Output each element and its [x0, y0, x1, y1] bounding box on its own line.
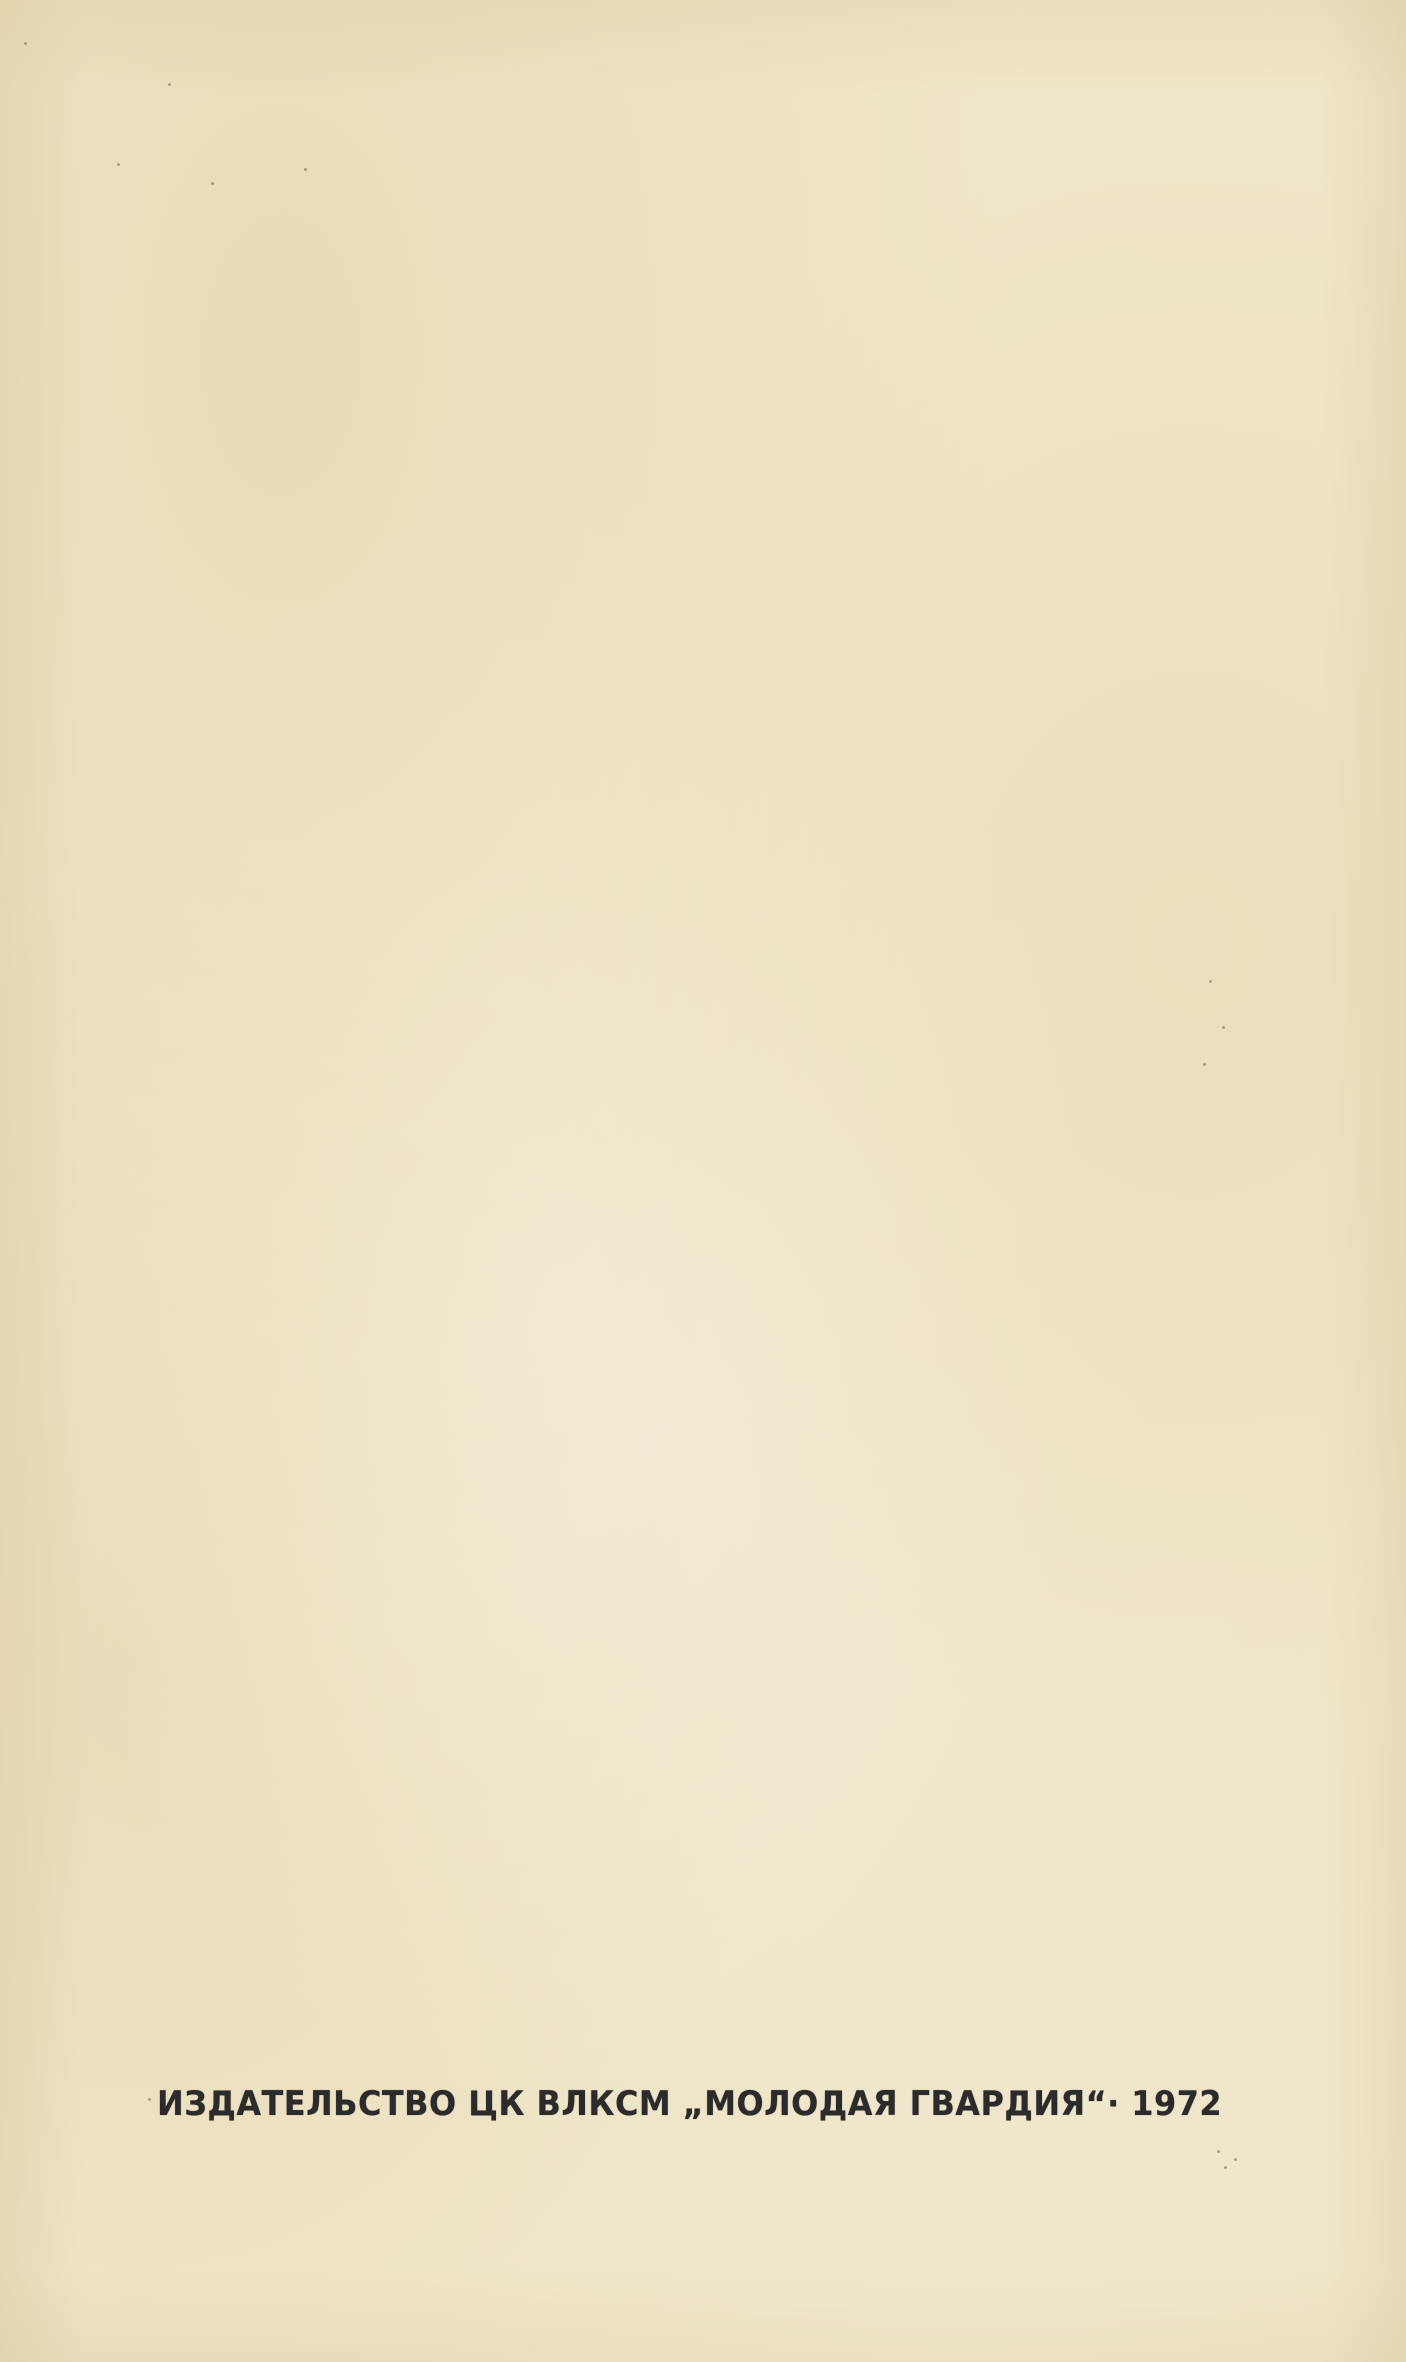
paper-speck — [304, 168, 307, 171]
paper-speck — [1203, 1063, 1206, 1066]
paper-speck — [117, 163, 120, 166]
paper-speck — [1234, 2158, 1237, 2161]
paper-speck — [148, 2098, 151, 2101]
paper-speck — [1209, 980, 1212, 983]
publisher-imprint: ИЗДАТЕЛЬСТВО ЦК ВЛКСМ „МОЛОДАЯ ГВАРДИЯ“·… — [157, 2082, 1139, 2126]
paper-speck — [24, 42, 27, 45]
paper-speck — [1224, 2166, 1227, 2169]
paper-speck — [211, 182, 214, 185]
book-page-verso: ИЗДАТЕЛЬСТВО ЦК ВЛКСМ „МОЛОДАЯ ГВАРДИЯ“·… — [0, 0, 1406, 2362]
paper-speck — [168, 83, 171, 86]
paper-speck — [1222, 1026, 1225, 1029]
paper-speck — [1217, 2150, 1220, 2153]
